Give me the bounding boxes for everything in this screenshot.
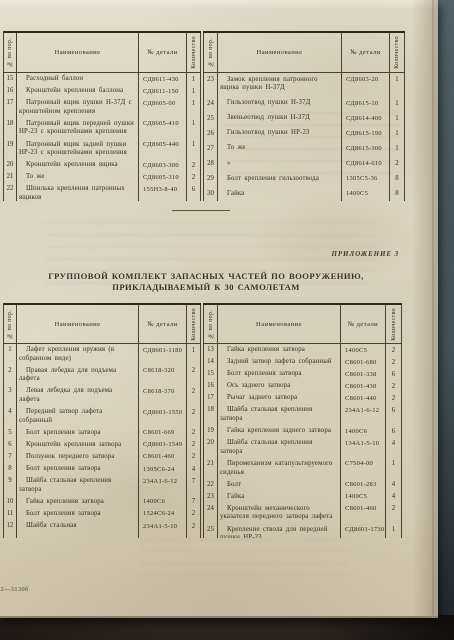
part-number: СД8614-400 [342, 112, 390, 127]
bleed-through-smudge [140, 538, 350, 578]
col-header-qty: Количество [187, 305, 201, 343]
quantity: 2 [187, 365, 201, 386]
table-row: 15Болт крепления затвораС8601-3386 [204, 368, 402, 380]
quantity: 2 [187, 385, 201, 406]
table-row: 30Гайка1400С58 [204, 187, 405, 201]
item-name: Кронштейн крепления баллона [17, 85, 139, 97]
quantity: 6 [386, 368, 402, 380]
table-row: 16Кронштейн крепления баллонаСД8611-1501 [4, 85, 201, 97]
item-name: » [218, 157, 342, 172]
table-row: 24Гильзоотвод пушки Н-37ДСД8615-101 [204, 97, 405, 112]
row-number: 12 [4, 520, 17, 532]
col-header-part: № детали [341, 305, 386, 343]
quantity: 8 [390, 187, 405, 201]
table-row: 14Задний затвор лафета собранныйС8601-68… [204, 356, 402, 368]
item-name: Гайка крепления заднего затвора [218, 425, 341, 437]
part-number: СД8605-440 [139, 139, 187, 160]
part-number: 1400С5 [342, 187, 390, 201]
part-number: СД8605-410 [139, 118, 187, 139]
table-row: 13Гайка крепления затвора1400С52 [204, 344, 402, 356]
table-body: 15Расходный баллонСД8611-430116Кронштейн… [4, 73, 201, 201]
part-number: С8601-338 [341, 368, 386, 380]
row-number: 7 [4, 451, 17, 463]
quantity: 1 [386, 458, 402, 479]
part-number: С8601-669 [139, 427, 187, 439]
filler-cell [4, 532, 17, 538]
part-number: С8601-430 [341, 380, 386, 392]
document-title: ГРУППОВОЙ КОМПЛЕКТ ЗАПАСНЫХ ЧАСТЕЙ ПО ВО… [25, 271, 387, 293]
item-name: Гайка крепления затвора [17, 496, 139, 508]
item-name: Пиромеханизм катапультируемого сиденья [218, 458, 341, 479]
quantity: 2 [187, 451, 201, 463]
col-header-qty: Количество [390, 33, 405, 72]
item-name: Болт крепления затвора [17, 427, 139, 439]
item-name: Шайба стальная крепления затвора [218, 437, 341, 458]
part-number: СД8614-610 [342, 157, 390, 172]
row-number: 15 [204, 368, 218, 380]
item-name: Патронный ящик передней пушки НР-23 с кр… [17, 118, 139, 139]
table-row: 11Болт крепления затвора1524С6-242 [4, 508, 201, 520]
print-order-mark: 12—3130б [0, 586, 29, 593]
filler-cell [139, 532, 187, 538]
lower-table-left: № по пор. Наименование № детали Количест… [3, 303, 201, 538]
part-number: 1305С5-36 [342, 172, 390, 187]
table-row: 22БолтС8601-2834 [204, 479, 402, 491]
table-row: 17Патронный ящик пушки Н-37Д с кронштейн… [4, 97, 201, 118]
item-name: Гильзоотвод пушки НР-23 [218, 127, 342, 142]
row-number: 2 [4, 365, 17, 386]
item-name: То же [218, 142, 342, 157]
quantity: 1 [187, 118, 201, 139]
part-number: 1400С5 [341, 491, 386, 503]
table-row: 29Болт крепления гильзоотвода1305С5-368 [204, 172, 405, 187]
item-name: Шайба стальная [17, 520, 139, 532]
quantity: 1 [390, 127, 405, 142]
part-number: С8601-460 [139, 451, 187, 463]
row-number: 20 [4, 159, 17, 171]
item-name: Болт крепления гильзоотвода [218, 172, 342, 187]
col-header-part: № детали [139, 33, 187, 72]
part-number: С8601-283 [341, 479, 386, 491]
quantity: 7 [187, 496, 201, 508]
col-header-qty-label: Количество [391, 308, 397, 341]
quantity: 4 [386, 479, 402, 491]
table-row: 23Гайка1400С54 [204, 491, 402, 503]
quantity: 1 [187, 97, 201, 118]
table-row: 10Гайка крепления затвора1400С67 [4, 496, 201, 508]
item-name: Крепление ствола для передней пушки НР-2… [218, 524, 341, 539]
table-row: 12Шайба стальная234А1-5-102 [4, 520, 201, 532]
row-number: 6 [4, 439, 17, 451]
col-header-num-label: № по пор. [208, 38, 214, 67]
row-number: 22 [204, 479, 218, 491]
part-number: 1524С6-24 [139, 508, 187, 520]
item-name: Правая лебедка для подъема лафета [17, 365, 139, 386]
quantity: 6 [187, 183, 201, 201]
item-name: Гайка крепления затвора [218, 344, 341, 356]
part-number: 234А1-5-10 [139, 520, 187, 532]
quantity: 2 [187, 427, 201, 439]
row-number: 23 [204, 491, 218, 503]
table-row: 18Патронный ящик передней пушки НР-23 с … [4, 118, 201, 139]
quantity: 2 [187, 520, 201, 532]
col-header-part: № детали [342, 33, 390, 72]
part-number: СД8611-150 [139, 85, 187, 97]
quantity: 4 [386, 491, 402, 503]
part-number: 1305С6-24 [139, 463, 187, 475]
row-number: 13 [204, 344, 218, 356]
table-body: 13Гайка крепления затвора1400С5214Задний… [204, 344, 402, 538]
part-number: СД8615-300 [342, 142, 390, 157]
col-header-num-label: № по пор. [7, 38, 13, 67]
item-name: Рычаг заднего затвора [218, 392, 341, 404]
table-row: 16Ось заднего затвораС8601-4302 [204, 380, 402, 392]
table-row: 18Шайба стальная крепления затвора234А1-… [204, 404, 402, 425]
table-header: № по пор. Наименование № детали Количест… [4, 33, 201, 73]
row-number: 16 [204, 380, 218, 392]
item-name: Шайба стальная крепления затвора [17, 475, 139, 496]
filler-cell [17, 532, 139, 538]
table-row: 26Гильзоотвод пушки НР-23СД8615-1901 [204, 127, 405, 142]
item-name: Болт [218, 479, 341, 491]
part-number: С8618-320 [139, 365, 187, 386]
table-row: 24Кронштейн механического указателя пере… [204, 503, 402, 524]
part-number: СД8615-10 [342, 97, 390, 112]
item-name: Ось заднего затвора [218, 380, 341, 392]
item-name: Лафет крепления оружия (в собранном виде… [17, 344, 139, 365]
table-row: 25Звеньеотвод пушки Н-37ДСД8614-4001 [204, 112, 405, 127]
col-header-num: № по пор. [204, 33, 218, 72]
item-name: Ползунок переднего затвора [17, 451, 139, 463]
row-number: 21 [204, 458, 218, 479]
item-name: Патронный ящик пушки Н-37Д с кронштейном… [17, 97, 139, 118]
part-number: 134А1-5-10 [341, 437, 386, 458]
col-header-qty: Количество [386, 305, 402, 343]
row-number: 20 [204, 437, 218, 458]
item-name: Гайка [218, 187, 342, 201]
table-row: 19Гайка крепления заднего затвора1400С66 [204, 425, 402, 437]
item-name: Болт крепления затвора [17, 463, 139, 475]
row-number: 11 [4, 508, 17, 520]
quantity: 1 [390, 112, 405, 127]
row-number: 14 [204, 356, 218, 368]
table-row: 19Патронный ящик задней пушки НР-23 с кр… [4, 139, 201, 160]
table-row: 5Болт крепления затвораС8601-6692 [4, 427, 201, 439]
col-header-num: № по пор. [4, 305, 17, 343]
table-row: 1Лафет крепления оружия (в собранном вид… [4, 344, 201, 365]
row-number: 5 [4, 427, 17, 439]
section-divider-rule [172, 210, 230, 211]
filler-cell [187, 532, 201, 538]
table-row: 23Замок крепления патронного ящика пушки… [204, 73, 405, 97]
part-number: 1400С6 [139, 496, 187, 508]
row-number: 4 [4, 406, 17, 427]
item-name: Гильзоотвод пушки Н-37Д [218, 97, 342, 112]
item-name: Болт крепления затвора [17, 508, 139, 520]
row-number: 15 [4, 73, 17, 85]
document-title-line1: ГРУППОВОЙ КОМПЛЕКТ ЗАПАСНЫХ ЧАСТЕЙ ПО ВО… [25, 271, 387, 282]
part-number: СД8605-00 [139, 97, 187, 118]
table-row: 8Болт крепления затвора1305С6-244 [4, 463, 201, 475]
quantity: 2 [187, 171, 201, 183]
table-row: 15Расходный баллонСД8611-4301 [4, 73, 201, 85]
col-header-qty-label: Количество [191, 36, 197, 69]
quantity: 6 [386, 425, 402, 437]
table-row: 4Передний затвор лафета собранныйСД8601-… [4, 406, 201, 427]
table-row: 17Рычаг заднего затвораС8601-4402 [204, 392, 402, 404]
quantity: 2 [386, 356, 402, 368]
scanned-page: № по пор. Наименование № детали Количест… [0, 0, 438, 618]
col-header-num-label: № по пор. [7, 310, 13, 339]
col-header-num-label: № по пор. [208, 310, 214, 339]
quantity: 2 [386, 392, 402, 404]
row-number: 24 [204, 503, 218, 524]
item-name: Патронный ящик задней пушки НР-23 с крон… [17, 139, 139, 160]
part-number: С8601-440 [341, 392, 386, 404]
quantity: 2 [187, 508, 201, 520]
item-name: Задний затвор лафета собранный [218, 356, 341, 368]
row-number: 17 [204, 392, 218, 404]
row-number: 21 [4, 171, 17, 183]
part-number: СД8601-1180 [139, 344, 187, 365]
table-row: 9Шайба стальная крепления затвора234А1-6… [4, 475, 201, 496]
col-header-num: № по пор. [4, 33, 17, 72]
row-number: 16 [4, 85, 17, 97]
quantity: 1 [187, 139, 201, 160]
page-stack-edge [432, 0, 434, 616]
quantity: 1 [187, 73, 201, 85]
part-number: С8601-680 [341, 356, 386, 368]
col-header-num: № по пор. [204, 305, 218, 343]
quantity: 2 [187, 159, 201, 171]
table-row: 21То жеСД8605-3102 [4, 171, 201, 183]
table-row: 6Кронштейн крепления затвораСД8601-15492 [4, 439, 201, 451]
quantity: 4 [187, 463, 201, 475]
document-title-line2: ПРИКЛАДЫВАЕМЫЙ К 30 САМОЛЕТАМ [25, 282, 387, 293]
quantity: 2 [390, 157, 405, 172]
row-number: 23 [204, 73, 218, 97]
part-number: СД8605-310 [139, 171, 187, 183]
part-number: С8618-370 [139, 385, 187, 406]
table-row: 20Шайба стальная крепления затвора134А1-… [204, 437, 402, 458]
quantity: 1 [390, 73, 405, 97]
col-header-name: Наименование [17, 305, 139, 343]
quantity: 1 [187, 85, 201, 97]
item-name: Кронштейн крепления ящика [17, 159, 139, 171]
quantity: 6 [386, 404, 402, 425]
quantity: 1 [187, 344, 201, 365]
col-header-name: Наименование [17, 33, 139, 72]
part-number: СД8611-430 [139, 73, 187, 85]
row-number: 18 [4, 118, 17, 139]
table-header: № по пор. Наименование № детали Количест… [4, 305, 201, 344]
table-row: 25Крепление ствола для передней пушки НР… [204, 524, 402, 539]
item-name: Болт крепления затвора [218, 368, 341, 380]
table-row: 22Шпилька крепления патронных ящиков155Н… [4, 183, 201, 201]
table-row: 2Правая лебедка для подъема лафетаС8618-… [4, 365, 201, 386]
lower-table-right: № по пор. Наименование № детали Количест… [203, 303, 402, 538]
table-body: 23Замок крепления патронного ящика пушки… [204, 73, 405, 201]
row-number: 30 [204, 187, 218, 201]
row-number: 1 [4, 344, 17, 365]
row-number: 25 [204, 112, 218, 127]
part-number: С8601-460 [341, 503, 386, 524]
upper-table-left: № по пор. Наименование № детали Количест… [3, 31, 201, 201]
quantity: 1 [390, 97, 405, 112]
table-body: 1Лафет крепления оружия (в собранном вид… [4, 344, 201, 538]
row-number: 25 [204, 524, 218, 539]
part-number: С7504-00 [341, 458, 386, 479]
quantity: 2 [187, 439, 201, 451]
table-row: 7Ползунок переднего затвораС8601-4602 [4, 451, 201, 463]
row-number: 19 [4, 139, 17, 160]
part-number: 1400С6 [341, 425, 386, 437]
col-header-name: Наименование [218, 33, 342, 72]
quantity: 1 [386, 524, 402, 539]
item-name: Шпилька крепления патронных ящиков [17, 183, 139, 201]
table-filler [4, 532, 201, 538]
item-name: Расходный баллон [17, 73, 139, 85]
table-row: 28»СД8614-6102 [204, 157, 405, 172]
item-name: Замок крепления патронного ящика пушки Н… [218, 73, 342, 97]
part-number: 234А1-6-12 [139, 475, 187, 496]
part-number: СД8603-20 [342, 73, 390, 97]
row-number: 10 [4, 496, 17, 508]
col-header-name: Наименование [218, 305, 341, 343]
item-name: Гайка [218, 491, 341, 503]
quantity: 2 [386, 503, 402, 524]
part-number: СД8601-1550 [139, 406, 187, 427]
table-row: 21Пиромеханизм катапультируемого сиденья… [204, 458, 402, 479]
part-number: СД8601-1549 [139, 439, 187, 451]
table-row: 3Левая лебедка для подъема лафетаС8618-3… [4, 385, 201, 406]
quantity: 7 [187, 475, 201, 496]
row-number: 3 [4, 385, 17, 406]
row-number: 22 [4, 183, 17, 201]
col-header-part: № детали [139, 305, 187, 343]
quantity: 8 [390, 172, 405, 187]
quantity: 1 [390, 142, 405, 157]
quantity: 2 [386, 344, 402, 356]
scan-backdrop-bottom [0, 615, 454, 640]
part-number: СД8615-190 [342, 127, 390, 142]
row-number: 8 [4, 463, 17, 475]
item-name: Передний затвор лафета собранный [17, 406, 139, 427]
item-name: Шайба стальная крепления затвора [218, 404, 341, 425]
item-name: Кронштейн механического указателя передн… [218, 503, 341, 524]
quantity: 4 [386, 437, 402, 458]
item-name: Звеньеотвод пушки Н-37Д [218, 112, 342, 127]
row-number: 9 [4, 475, 17, 496]
part-number: 1400С5 [341, 344, 386, 356]
part-number: 234А1-6-12 [341, 404, 386, 425]
quantity: 2 [187, 406, 201, 427]
row-number: 19 [204, 425, 218, 437]
row-number: 17 [4, 97, 17, 118]
col-header-qty: Количество [187, 33, 201, 72]
part-number: СД8601-1730 [341, 524, 386, 539]
item-name: То же [17, 171, 139, 183]
part-number: 155Н3-8-40 [139, 183, 187, 201]
col-header-qty-label: Количество [191, 308, 197, 341]
table-header: № по пор. Наименование № детали Количест… [204, 305, 402, 344]
item-name: Кронштейн крепления затвора [17, 439, 139, 451]
row-number: 29 [204, 172, 218, 187]
appendix-label: ПРИЛОЖЕНИЕ 3 [332, 250, 399, 258]
table-row: 27То жеСД8615-3001 [204, 142, 405, 157]
item-name: Левая лебедка для подъема лафета [17, 385, 139, 406]
row-number: 24 [204, 97, 218, 112]
table-header: № по пор. Наименование № детали Количест… [204, 33, 405, 73]
row-number: 18 [204, 404, 218, 425]
part-number: СД8603-300 [139, 159, 187, 171]
row-number: 26 [204, 127, 218, 142]
row-number: 27 [204, 142, 218, 157]
quantity: 2 [386, 380, 402, 392]
table-row: 20Кронштейн крепления ящикаСД8603-3002 [4, 159, 201, 171]
upper-table-right: № по пор. Наименование № детали Количест… [203, 31, 405, 201]
row-number: 28 [204, 157, 218, 172]
col-header-qty-label: Количество [394, 36, 400, 69]
